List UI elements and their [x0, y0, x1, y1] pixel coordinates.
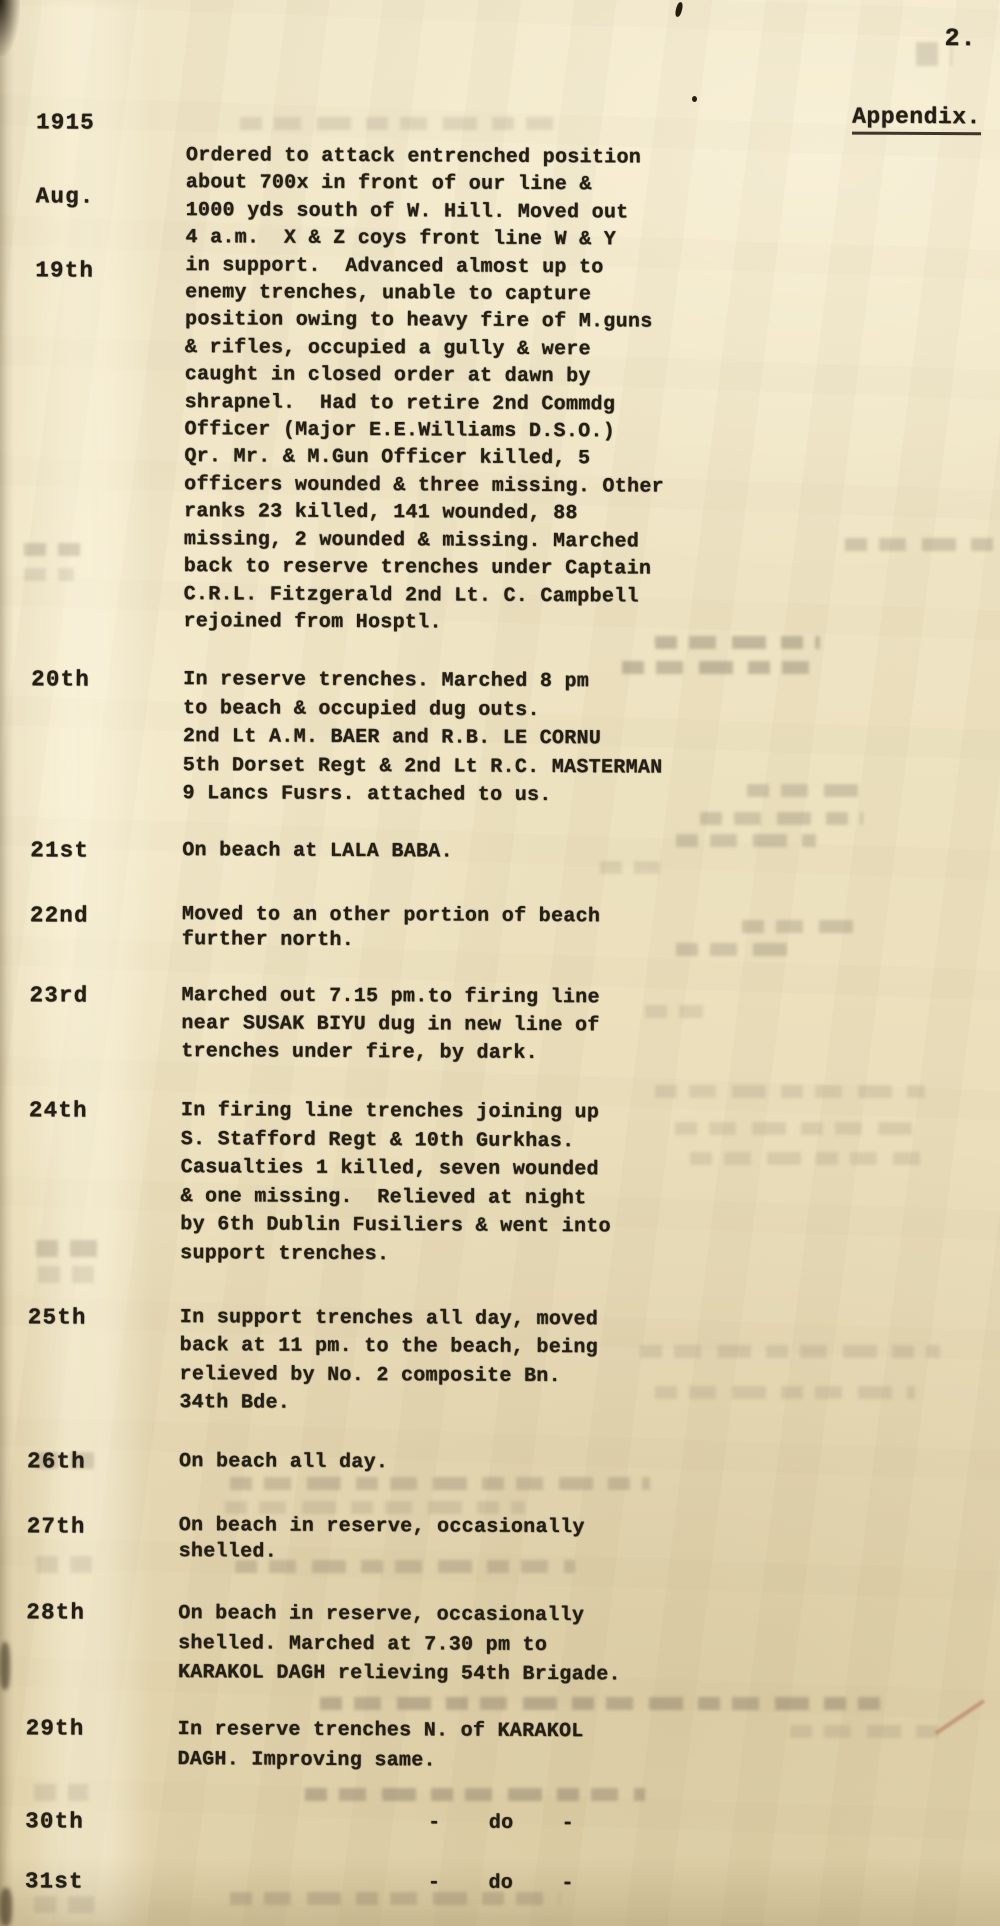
- typed-layer: 2. Appendix. 1915 Aug. 19th Ordered to a…: [0, 0, 1000, 1926]
- text-line: In support trenches all day, moved: [180, 1304, 994, 1337]
- text-line: Marched out 7.15 pm.to firing line: [181, 982, 995, 1014]
- entry-date: 26th: [27, 1448, 86, 1474]
- text-line: Casualties 1 killed, seven wounded: [181, 1154, 995, 1187]
- text-line: ranks 23 killed, 141 wounded, 88: [184, 498, 998, 530]
- text-line: & one missing. Relieved at night: [180, 1183, 994, 1216]
- diary-entry-26th: 26thOn beach all day.: [0, 1447, 993, 1480]
- text-line: & rifles, occupied a gully & were: [185, 334, 999, 366]
- entry-date: 28th: [26, 1599, 85, 1625]
- diary-entry-27th: 27thOn beach in reserve, occasionallyshe…: [0, 1512, 993, 1569]
- text-line: officers wounded & three missing. Other: [184, 471, 998, 503]
- text-line: On beach all day.: [179, 1448, 993, 1480]
- entry-text: - do -: [428, 1869, 991, 1900]
- text-line: caught in closed order at dawn by: [185, 361, 999, 393]
- diary-entry-29th: 29thIn reserve trenches N. of KARAKOLDAG…: [0, 1714, 992, 1778]
- text-line: in support. Advanced almost up to: [185, 252, 999, 284]
- entry-text: On beach at LALA BABA.: [182, 837, 996, 869]
- date-header-year: 1915: [36, 110, 124, 135]
- text-line: C.R.L. Fitzgerald 2nd Lt. C. Campbell: [184, 581, 998, 613]
- text-line: - do -: [428, 1809, 991, 1840]
- text-line: back to reserve trenches under Captain: [184, 553, 998, 585]
- entry-text: On beach all day.: [179, 1448, 993, 1480]
- text-line: 2nd Lt A.M. BAER and R.B. LE CORNU: [183, 723, 997, 756]
- diary-entry-24th: 24thIn firing line trenches joining upS.…: [0, 1096, 995, 1273]
- text-line: further north.: [182, 927, 996, 956]
- text-line: relieved by No. 2 composite Bn.: [179, 1361, 993, 1394]
- page-number: 2.: [944, 24, 976, 53]
- text-line: In firing line trenches joining up: [181, 1097, 995, 1130]
- diary-entry-28th: 28thOn beach in reserve, occasionallyshe…: [0, 1598, 992, 1692]
- text-line: by 6th Dublin Fusiliers & went into: [180, 1211, 994, 1244]
- text-line: 5th Dorset Regt & 2nd Lt R.C. MASTERMAN: [183, 752, 997, 785]
- text-line: DAGH. Improving same.: [177, 1745, 991, 1779]
- diary-entry-22nd: 22ndMoved to an other portion of beachfu…: [0, 901, 996, 956]
- text-line: shelled. Marched at 7.30 pm to: [178, 1629, 992, 1663]
- diary-entry-21st: 21stOn beach at LALA BABA.: [0, 836, 996, 869]
- text-line: 1000 yds south of W. Hill. Moved out: [186, 197, 1000, 229]
- text-line: - do -: [428, 1869, 991, 1900]
- text-line: back at 11 pm. to the beach, being: [180, 1332, 994, 1365]
- text-line: On beach at LALA BABA.: [182, 837, 996, 869]
- entry-date: 20th: [31, 666, 90, 692]
- text-line: support trenches.: [180, 1240, 994, 1273]
- text-line: On beach in reserve, occasionally: [179, 1513, 993, 1543]
- text-line: In reserve trenches N. of KARAKOL: [178, 1715, 992, 1749]
- entry-date: 25th: [28, 1304, 87, 1330]
- text-line: 4 a.m. X & Z coys front line W & Y: [185, 224, 999, 256]
- text-line: 34th Bde.: [179, 1389, 993, 1422]
- diary-entry-23rd: 23rdMarched out 7.15 pm.to firing linene…: [0, 981, 996, 1070]
- document-page: 2. Appendix. 1915 Aug. 19th Ordered to a…: [0, 0, 1000, 1926]
- entry-date: 27th: [27, 1513, 86, 1539]
- text-line: Qr. Mr. & M.Gun Officer killed, 5: [184, 444, 998, 476]
- entry-date: 30th: [25, 1808, 84, 1834]
- diary-entry-31st: 31st- do -: [0, 1867, 991, 1900]
- entry-text: On beach in reserve, occasionallyshelled…: [178, 1599, 992, 1692]
- diary-entry-25th: 25thIn support trenches all day, movedba…: [0, 1303, 994, 1422]
- entry-date: 29th: [26, 1715, 85, 1741]
- text-line: Officer (Major E.E.Williams D.S.O.): [184, 416, 998, 448]
- entry-date: 24th: [29, 1097, 88, 1123]
- entry-text: - do -: [428, 1809, 991, 1840]
- text-line: KARAKOL DAGH relieving 54th Brigade.: [178, 1658, 992, 1692]
- text-line: 9 Lancs Fusrs. attached to us.: [182, 780, 996, 813]
- text-line: S. Stafford Regt & 10th Gurkhas.: [181, 1126, 995, 1159]
- entry-text: On beach in reserve, occasionallyshelled…: [179, 1513, 993, 1569]
- text-line: Ordered to attack entrenched position: [186, 142, 1000, 174]
- entry-date: 31st: [25, 1868, 84, 1894]
- diary-entries: Ordered to attack entrenched positionabo…: [1, 0, 1000, 4]
- entry-text: Moved to an other portion of beachfurthe…: [182, 902, 996, 956]
- appendix-heading: Appendix.: [852, 104, 981, 136]
- text-line: enemy trenches, unable to capture: [185, 279, 999, 311]
- diary-entry-19th: Ordered to attack entrenched positionabo…: [0, 141, 1000, 640]
- text-line: In reserve trenches. Marched 8 pm: [183, 666, 997, 699]
- entry-text: Ordered to attack entrenched positionabo…: [183, 142, 1000, 640]
- text-line: position owing to heavy fire of M.guns: [185, 307, 999, 339]
- text-line: trenches under fire, by dark.: [181, 1038, 995, 1070]
- text-line: near SUSAK BIYU dug in new line of: [181, 1010, 995, 1042]
- entry-text: In reserve trenches. Marched 8 pmto beac…: [182, 666, 997, 813]
- text-line: missing, 2 wounded & missing. Marched: [184, 526, 998, 558]
- text-line: On beach in reserve, occasionally: [178, 1599, 992, 1633]
- entry-text: In support trenches all day, movedback a…: [179, 1304, 994, 1422]
- entry-text: In firing line trenches joining upS. Sta…: [180, 1097, 995, 1273]
- entry-text: Marched out 7.15 pm.to firing linenear S…: [181, 982, 995, 1070]
- entry-text: In reserve trenches N. of KARAKOLDAGH. I…: [177, 1715, 991, 1778]
- text-line: about 700x in front of our line &: [186, 169, 1000, 201]
- text-line: shelled.: [179, 1539, 993, 1569]
- entry-date: 21st: [30, 837, 89, 863]
- text-line: rejoined from Hosptl.: [183, 608, 997, 640]
- text-line: shrapnel. Had to retire 2nd Commdg: [185, 389, 999, 421]
- diary-entry-30th: 30th- do -: [0, 1807, 991, 1840]
- text-line: to beach & occupied dug outs.: [183, 695, 997, 728]
- entry-date: 22nd: [30, 902, 89, 928]
- entry-date: 23rd: [29, 982, 88, 1008]
- diary-entry-20th: 20thIn reserve trenches. Marched 8 pmto …: [0, 665, 997, 813]
